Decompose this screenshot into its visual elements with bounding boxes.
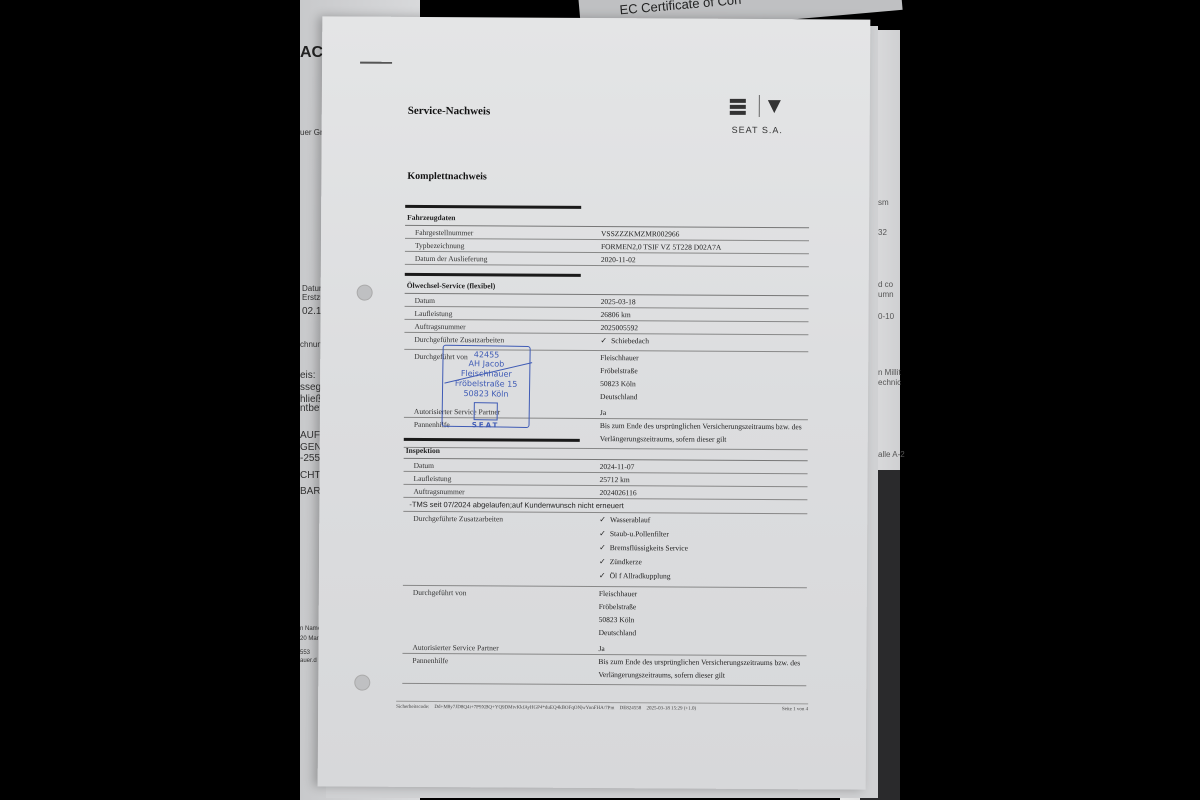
address-line: Fleischhauer <box>600 353 808 367</box>
document-title: Service-Nachweis <box>408 105 491 118</box>
order-number-value: 2024026116 <box>599 486 807 499</box>
cupra-icon: ▼ <box>768 97 790 115</box>
brand-name: SEAT S.A. <box>732 125 783 135</box>
table-row: Pannenhilfe Bis zum Ende des ursprünglic… <box>402 654 806 686</box>
delivery-date-value: 2020-11-02 <box>601 253 809 266</box>
row-label: Fahrgestellnummer <box>405 226 601 239</box>
row-label: Datum <box>405 294 601 307</box>
extra-work-item: Zündkerze <box>610 557 642 566</box>
logo-divider <box>759 95 760 117</box>
section-bar <box>404 438 580 442</box>
extra-work-item: Schiebedach <box>611 336 649 345</box>
punch-hole <box>354 675 370 691</box>
stack-fragment: 0-10 <box>878 312 894 321</box>
performed-by-address: Fleischhauer Fröbelstraße 50823 Köln Deu… <box>600 351 808 407</box>
security-code-label: Sicherheitscode: <box>396 705 429 710</box>
row-label: Laufleistung <box>405 307 601 320</box>
table-row: Durchgeführte Zusatzarbeiten ✓Wasserabla… <box>403 512 807 588</box>
section-bar <box>405 205 581 209</box>
punch-guide-mark <box>360 62 392 64</box>
authorized-partner-value: Ja <box>600 406 808 419</box>
text-line: Bis zum Ende des ursprünglichen Versiche… <box>598 657 806 671</box>
checkmark-icon: ✓ <box>599 571 606 580</box>
address-line: Fleischhauer <box>599 589 807 603</box>
address-line: 50823 Köln <box>599 615 807 629</box>
address-line: Deutschland <box>600 392 808 406</box>
row-label: Durchgeführte Zusatzarbeiten <box>404 333 600 346</box>
stack-fragment: sm <box>878 198 889 207</box>
table-row: Datum der Auslieferung 2020-11-02 <box>405 252 809 267</box>
text-line: Verlängerungszeitraums, sofern dieser gi… <box>598 670 806 684</box>
stack-fragment: alle A-2 <box>878 450 905 459</box>
row-label: Datum <box>404 459 600 472</box>
row-label: Laufleistung <box>404 472 600 485</box>
extra-work-list: ✓Wasserablauf ✓Staub-u.Pollenfilter ✓Bre… <box>599 513 807 587</box>
row-label: Durchgeführte Zusatzarbeiten <box>403 512 599 525</box>
invoice-fragment: auer.d <box>300 658 317 664</box>
checkmark-icon: ✓ <box>599 543 606 552</box>
address-line: Fröbelstraße <box>599 602 807 616</box>
page-number: Seite 1 von 4 <box>782 707 808 712</box>
row-label: Auftragsnummer <box>404 320 600 333</box>
row-label: Datum der Auslieferung <box>405 252 601 265</box>
footer-security-info: Sicherheitscode: Dd+M8y7JD8Q4i+7P9XBQ+YQ… <box>396 705 700 712</box>
dealer-code: DE824558 <box>620 706 642 711</box>
row-label: Auftragsnummer <box>403 485 599 498</box>
checkmark-icon: ✓ <box>600 336 607 345</box>
address-line: Fröbelstraße <box>600 366 808 380</box>
page-footer: Sicherheitscode: Dd+M8y7JD8Q4i+7P9XBQ+YQ… <box>396 701 808 713</box>
invoice-field: eis: <box>300 370 316 381</box>
inspection-note: -TMS seit 07/2024 abgelaufen;auf Kundenw… <box>403 498 623 512</box>
inspection-date-value: 2024-11-07 <box>600 460 808 473</box>
seat-s-icon <box>730 99 746 115</box>
print-timestamp: 2025-03-18 15:29 (+1.0) <box>646 706 696 711</box>
row-label: Typbezeichnung <box>405 239 601 252</box>
seat-logo-icon <box>474 402 498 420</box>
authorized-partner-value: Ja <box>598 642 806 655</box>
row-label: Durchgeführt von <box>403 586 599 599</box>
dealer-stamp: 42455 AH Jacob Fleischhauer Fröbelstraße… <box>441 345 530 428</box>
checkmark-icon: ✓ <box>599 515 606 524</box>
type-value: FORMEN2,0 TSIF VZ 5T228 D02A7A <box>601 240 809 253</box>
extra-work-item: Wasserablauf <box>610 515 650 524</box>
stamp-city: 50823 Köln <box>443 389 529 400</box>
performed-by-address: Fleischhauer Fröbelstraße 50823 Köln Deu… <box>599 587 807 643</box>
extra-work-item: Bremsflüssigkeits Service <box>610 543 688 552</box>
extra-work-list: ✓Schiebedach <box>600 334 808 351</box>
stamp-brand: SEAT <box>442 421 528 430</box>
punch-hole <box>357 285 373 301</box>
stamp-dealer-name: AH Jacob Fleischhauer <box>443 359 529 380</box>
checkmark-icon: ✓ <box>599 529 606 538</box>
extra-work-item: Staub-u.Pollenfilter <box>610 529 669 538</box>
section-bar <box>405 273 581 277</box>
order-number-value: 2025005592 <box>600 321 808 334</box>
extra-work-item: Öl f Allradkupplung <box>610 571 671 580</box>
stack-fragment: umn <box>878 290 894 299</box>
row-label: Pannenhilfe <box>402 654 598 667</box>
address-line: Deutschland <box>599 628 807 642</box>
certificate-title: EC Certificate of Con <box>619 0 742 17</box>
breakdown-assistance-value: Bis zum Ende des ursprünglichen Versiche… <box>598 655 806 685</box>
inspection-section: Inspektion Datum 2024-11-07 Laufleistung… <box>402 438 807 686</box>
checkmark-icon: ✓ <box>599 557 606 566</box>
service-record-page: Service-Nachweis Komplettnachweis ▼ SEAT… <box>318 16 871 789</box>
table-row: Durchgeführt von Fleischhauer Fröbelstra… <box>403 586 807 643</box>
vin-value: VSSZZZKMZMR002966 <box>601 227 809 240</box>
stack-fragment: echnic <box>878 378 901 387</box>
brand-logo: ▼ SEAT S.A. <box>726 95 796 145</box>
invoice-fragment: 553 <box>300 650 310 656</box>
mileage-value: 25712 km <box>599 473 807 486</box>
invoice-fragment: 20 Man <box>300 636 320 642</box>
document-subtitle: Komplettnachweis <box>407 171 487 182</box>
address-line: 50823 Köln <box>600 379 808 393</box>
service-date-value: 2025-03-18 <box>601 295 809 308</box>
stack-fragment: n Millit <box>878 368 901 377</box>
mileage-value: 26806 km <box>601 308 809 321</box>
text-line: Bis zum Ende des ursprünglichen Versiche… <box>600 421 808 435</box>
vehicle-data-section: Fahrzeugdaten Fahrgestellnummer VSSZZZKM… <box>405 205 809 267</box>
security-code: Dd+M8y7JD8Q4i+7P9XBQ+YQ9DMtvKkfAyHGP4*du… <box>434 705 614 711</box>
stack-fragment: 32 <box>878 228 887 237</box>
stack-fragment: d co <box>878 280 893 289</box>
row-label: Autorisierter Service Partner <box>402 641 598 654</box>
